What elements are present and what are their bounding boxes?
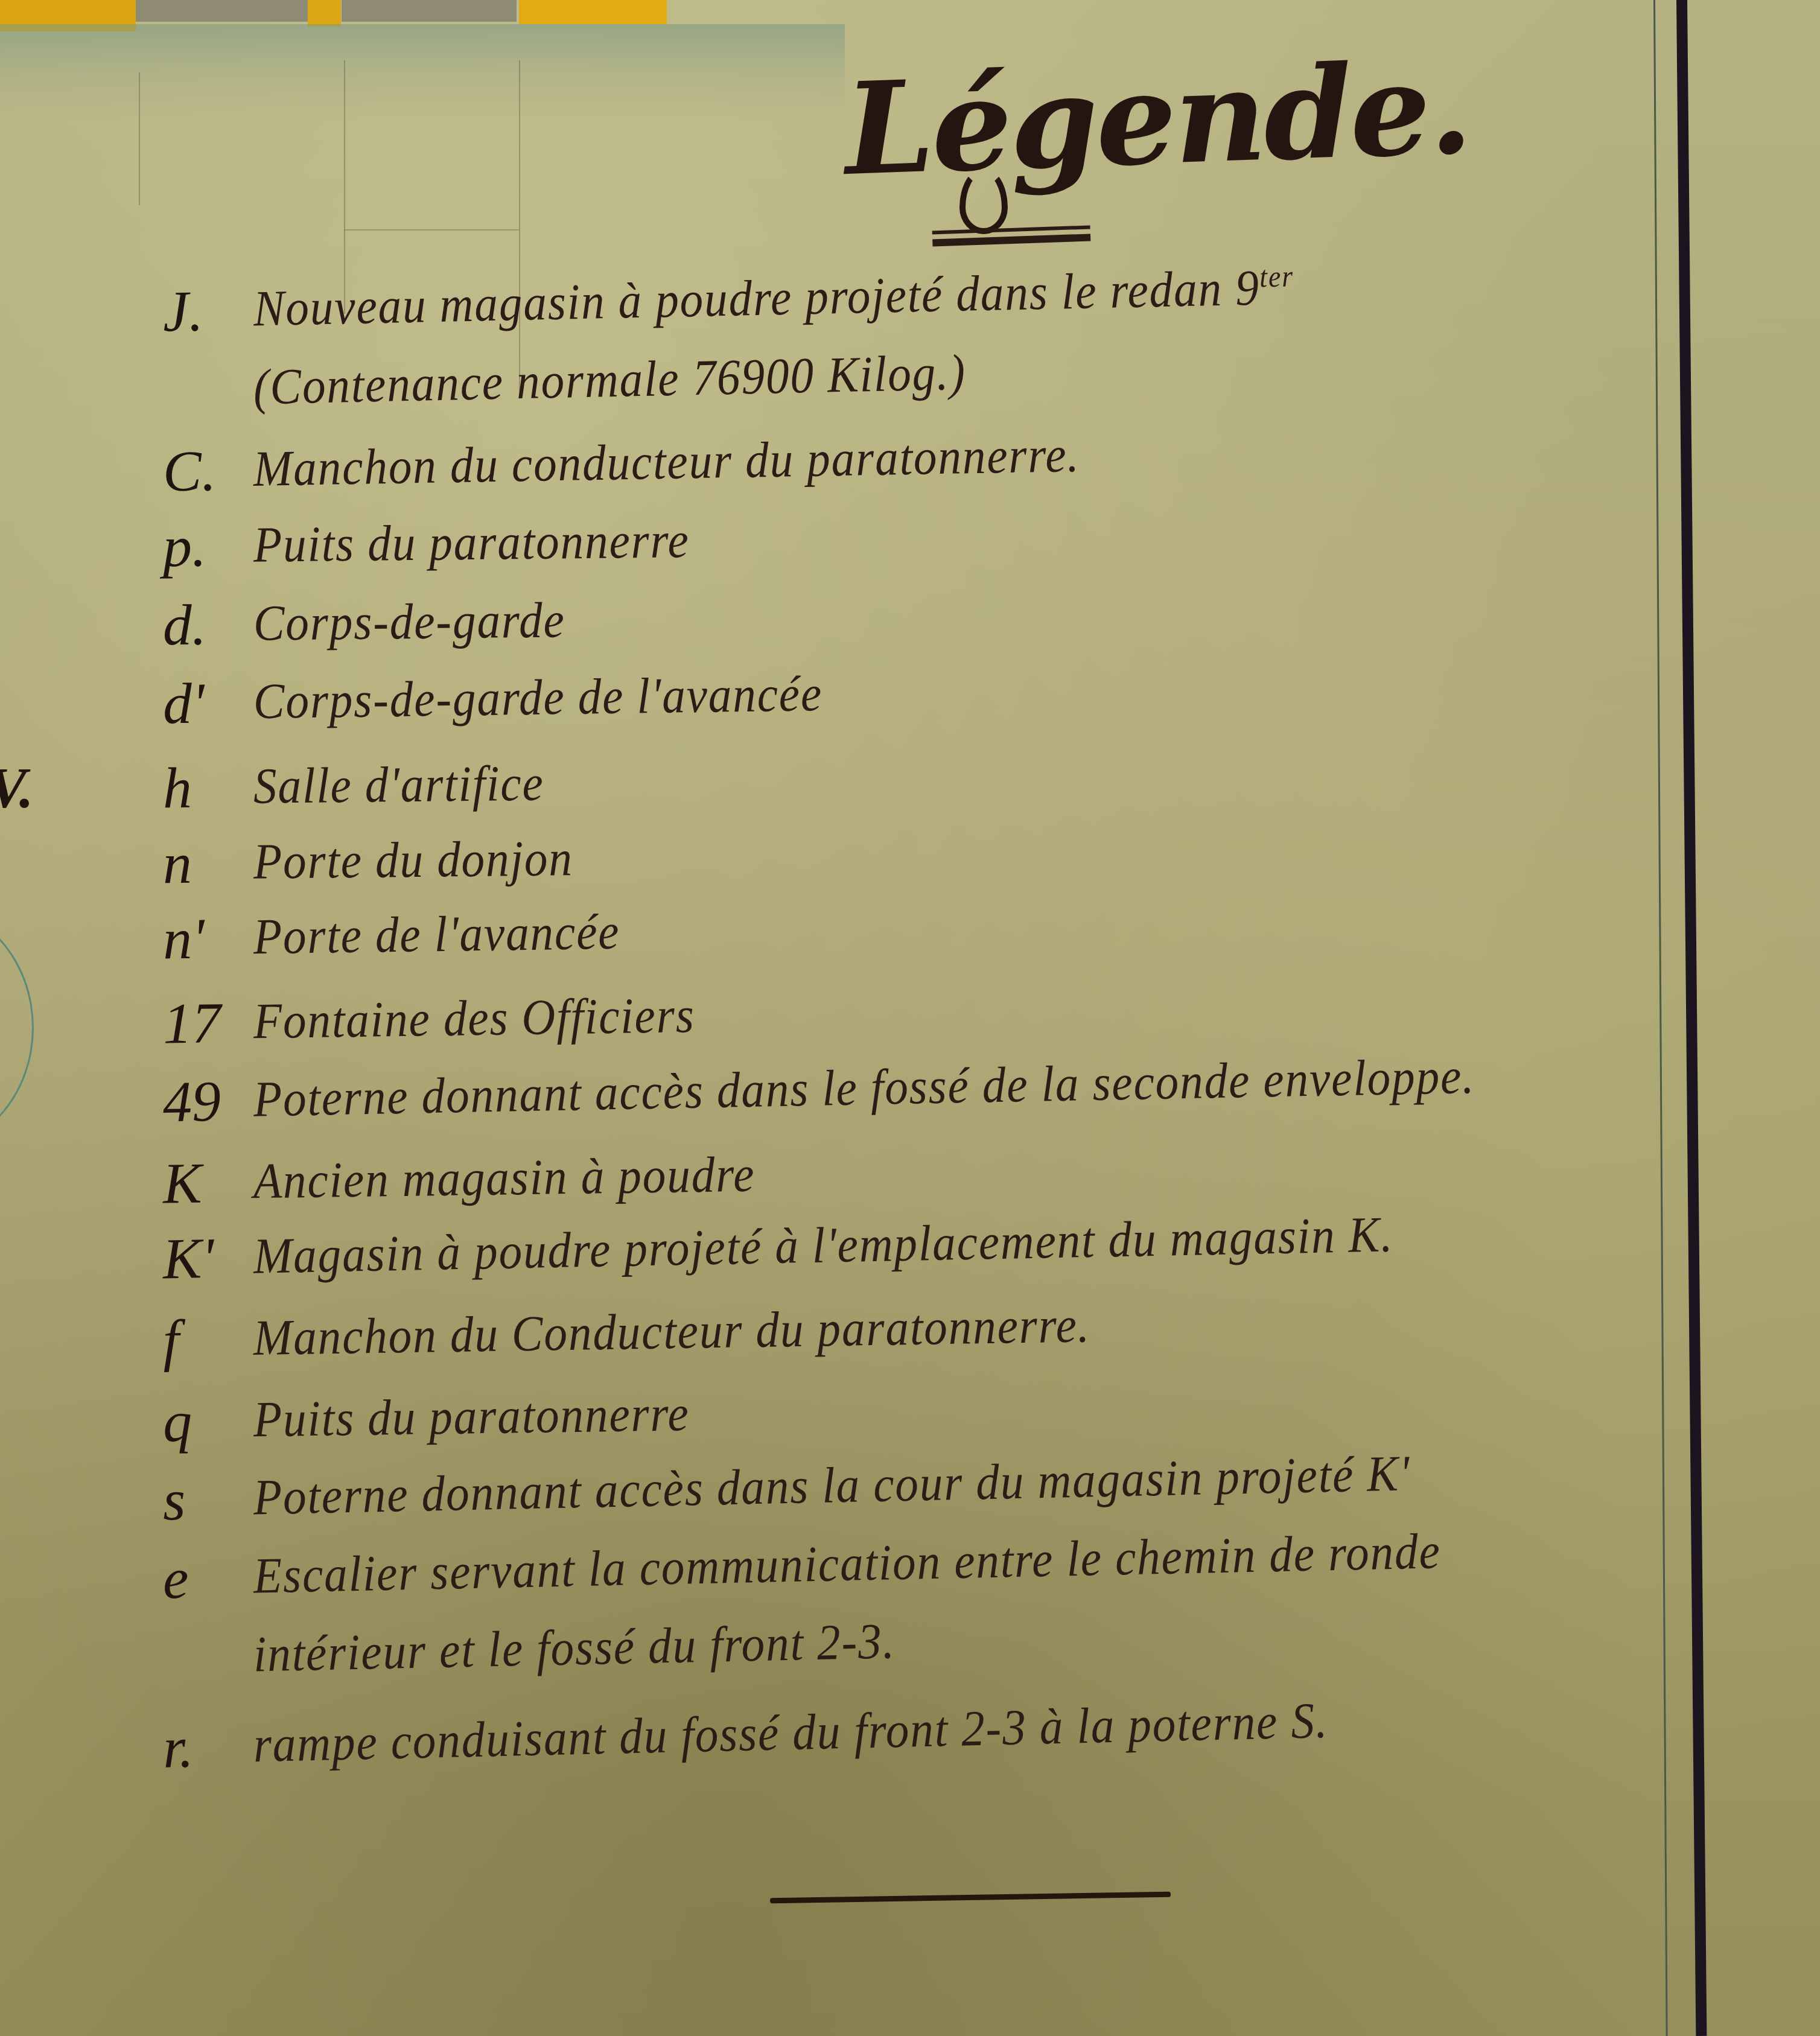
- legend-entry: K' Magasin à poudre projeté à l'emplacem…: [0, 1229, 1, 1301]
- legend-key: K': [162, 1224, 236, 1292]
- legend-key: d': [162, 669, 236, 737]
- legend-key: h: [162, 754, 235, 821]
- legend-text: Ancien magasin à poudre: [253, 1145, 756, 1211]
- legend-key: K: [162, 1149, 236, 1217]
- legend-text: Puits du paratonnerre: [253, 1384, 690, 1449]
- legend-text: (Contenance normale 76900 Kilog.): [253, 343, 967, 417]
- legend-key: r.: [162, 1713, 236, 1781]
- legend-entry: r. rampe conduisant du fossé du front 2-…: [0, 1718, 1, 1790]
- legend-key: p.: [162, 512, 235, 580]
- legend-text: Poterne donnant accès dans la cour du ma…: [253, 1444, 1411, 1527]
- legend-entry: p. Puits du paratonnerre: [0, 515, 1, 587]
- legend-entry: n' Porte de l'avancée: [0, 908, 1, 980]
- legend-text: Puits du paratonnerre: [253, 511, 690, 574]
- legend-entry: K Ancien magasin à poudre: [0, 1152, 1, 1224]
- legend-text: Nouveau magasin à poudre projeté dans le…: [253, 258, 1294, 338]
- legend-text: rampe conduisant du fossé du front 2-3 à…: [253, 1691, 1329, 1774]
- legend-key: n': [162, 905, 236, 973]
- legend-key: q: [162, 1387, 236, 1455]
- legend-entry: d. Corps-de-garde: [0, 593, 1, 666]
- legend-key: C.: [162, 436, 236, 504]
- legend-entry: J. Nouveau magasin à poudre projeté dans…: [0, 281, 1, 354]
- legend-text: Corps-de-garde: [253, 591, 565, 652]
- legend-text: Manchon du Conducteur du paratonnerre.: [253, 1296, 1090, 1367]
- legend-entry: e Escalier servant la communication entr…: [0, 1548, 1, 1621]
- legend-entry: q Puits du paratonnerre: [0, 1390, 1, 1463]
- legend-list: J. Nouveau magasin à poudre projeté dans…: [0, 0, 1820, 2036]
- legend-text: intérieur et le fossé du front 2-3.: [253, 1612, 896, 1684]
- legend-text: Fontaine des Officiers: [253, 986, 695, 1051]
- legend-entry: C. Manchon du conducteur du paratonnerre…: [0, 441, 1, 513]
- legend-entry-continuation: intérieur et le fossé du front 2-3.: [0, 1627, 1, 1699]
- legend-key: s: [162, 1465, 236, 1533]
- legend-entry: h Salle d'artifice: [0, 756, 1, 829]
- legend-entry: n Porte du donjon: [0, 832, 1, 904]
- legend-key: J.: [162, 276, 236, 345]
- legend-text: Corps-de-garde de l'avancée: [253, 664, 822, 731]
- legend-text: Salle d'artifice: [253, 754, 544, 816]
- legend-key: e: [162, 1544, 236, 1612]
- legend-key: 17: [162, 989, 236, 1057]
- legend-key: 49: [162, 1067, 236, 1135]
- legend-text: Magasin à poudre projeté à l'emplacement…: [253, 1205, 1394, 1285]
- legend-key: n: [162, 829, 235, 897]
- legend-key: d.: [162, 591, 235, 658]
- legend-key: f: [162, 1306, 236, 1374]
- legend-text: Escalier servant la communication entre …: [253, 1522, 1442, 1605]
- legend-entry-continuation: (Contenance normale 76900 Kilog.): [0, 360, 1, 432]
- legend-entry: 49 Poterne donnant accès dans le fossé d…: [0, 1072, 1, 1144]
- legend-text: Manchon du conducteur du paratonnerre.: [253, 425, 1080, 498]
- legend-entry: f Manchon du Conducteur du paratonnerre.: [0, 1309, 1, 1382]
- legend-entry: d' Corps-de-garde de l'avancée: [0, 672, 1, 745]
- legend-text: Poterne donnant accès dans le fossé de l…: [253, 1047, 1475, 1129]
- legend-text: Porte de l'avancée: [253, 903, 620, 966]
- legend-text: Porte du donjon: [253, 829, 573, 891]
- legend-entry: 17 Fontaine des Officiers: [0, 992, 1, 1064]
- legend-entry: s Poterne donnant accès dans la cour du …: [0, 1470, 1, 1542]
